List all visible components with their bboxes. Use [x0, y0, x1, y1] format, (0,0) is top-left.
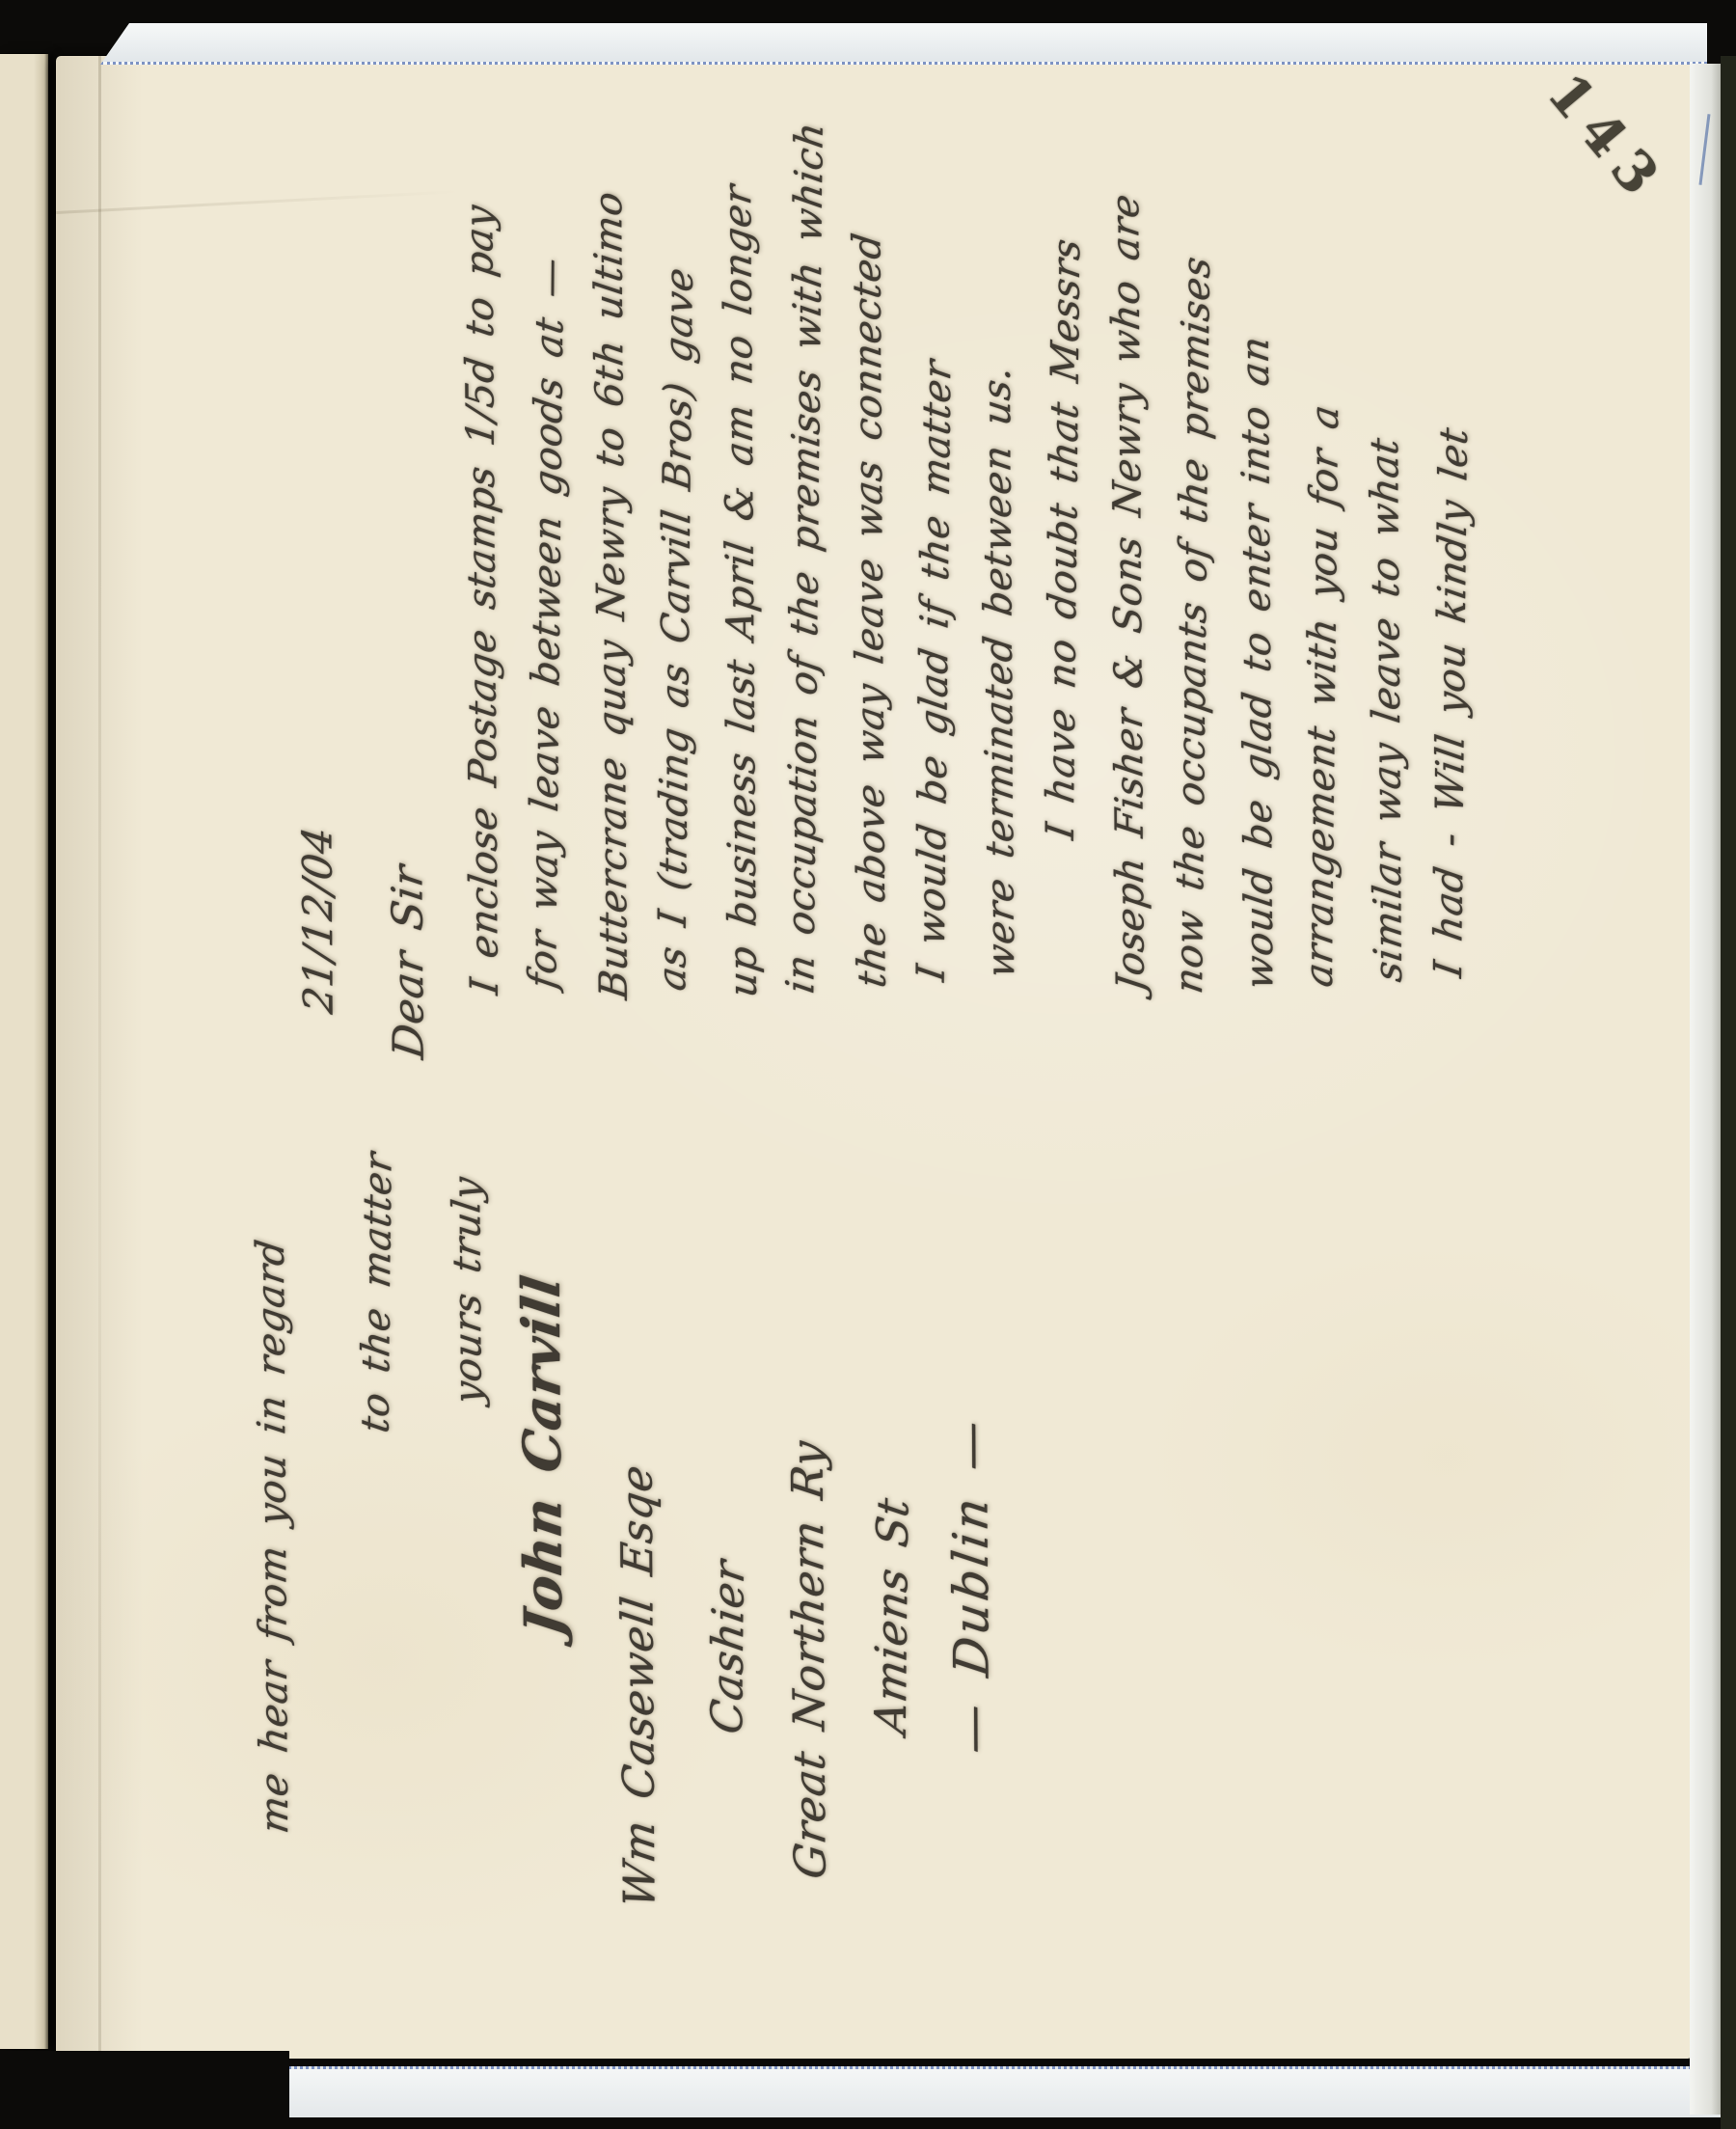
- continuation-line: me hear from you in regard: [249, 1237, 297, 1836]
- continuation-line: to the matter: [353, 1149, 400, 1435]
- body-line: I enclose Postage stamps 1/5d to pay: [457, 203, 507, 997]
- letter-content: 21/12/04 Dear Sir I enclose Postage stam…: [96, 87, 1697, 2060]
- body-line: Buttercrane quay Newry to 6th ultimo: [586, 189, 637, 1002]
- tissue-guard-bottom: [287, 2066, 1728, 2117]
- body-line: I have no doubt that Messrs: [1039, 235, 1090, 842]
- body-line: I had - Will you kindly let: [1426, 424, 1477, 980]
- body-line: Joseph Fisher & Sons Newry who are: [1103, 191, 1153, 994]
- body-line: as I (trading as Carvill Bros) gave: [650, 264, 702, 994]
- body-line: for way leave between goods at —: [521, 255, 573, 992]
- addressee-line: Amiens St: [865, 1494, 919, 1737]
- addressee-line: — Dublin —: [942, 1415, 1000, 1757]
- body-line: now the occupants of the premises: [1167, 254, 1219, 996]
- body-line: were terminated between us.: [975, 364, 1023, 980]
- cover-corner: [0, 2051, 289, 2129]
- previous-page-edge: [0, 54, 48, 2049]
- tissue-guard-top: [100, 23, 1707, 65]
- body-line: up business last April & am no longer: [716, 182, 766, 1000]
- body-line: similar way leave to what: [1363, 435, 1411, 984]
- binding-edge: [1721, 56, 1736, 2129]
- addressee-line: Cashier: [701, 1557, 754, 1737]
- addressee-line: Wm Casewell Esqe: [610, 1461, 665, 1910]
- valediction: yours truly: [445, 1174, 491, 1406]
- letter-date: 21/12/04: [293, 824, 341, 1016]
- body-line: arrangement with you for a: [1297, 402, 1347, 990]
- signature: John Carvill: [510, 1271, 575, 1639]
- body-line: in occupation of the premises with which: [778, 119, 831, 996]
- body-line: I would be glad if the matter: [909, 357, 961, 984]
- body-line: would be glad to enter into an: [1234, 334, 1283, 992]
- addressee-line: Great Northern Ry: [781, 1437, 835, 1881]
- letterbook-scan: 143 21/12/04 Dear Sir I enclose Postage …: [0, 0, 1736, 2129]
- body-line: the above way leave was connected: [845, 231, 894, 991]
- letter-salutation: Dear Sir: [383, 862, 433, 1062]
